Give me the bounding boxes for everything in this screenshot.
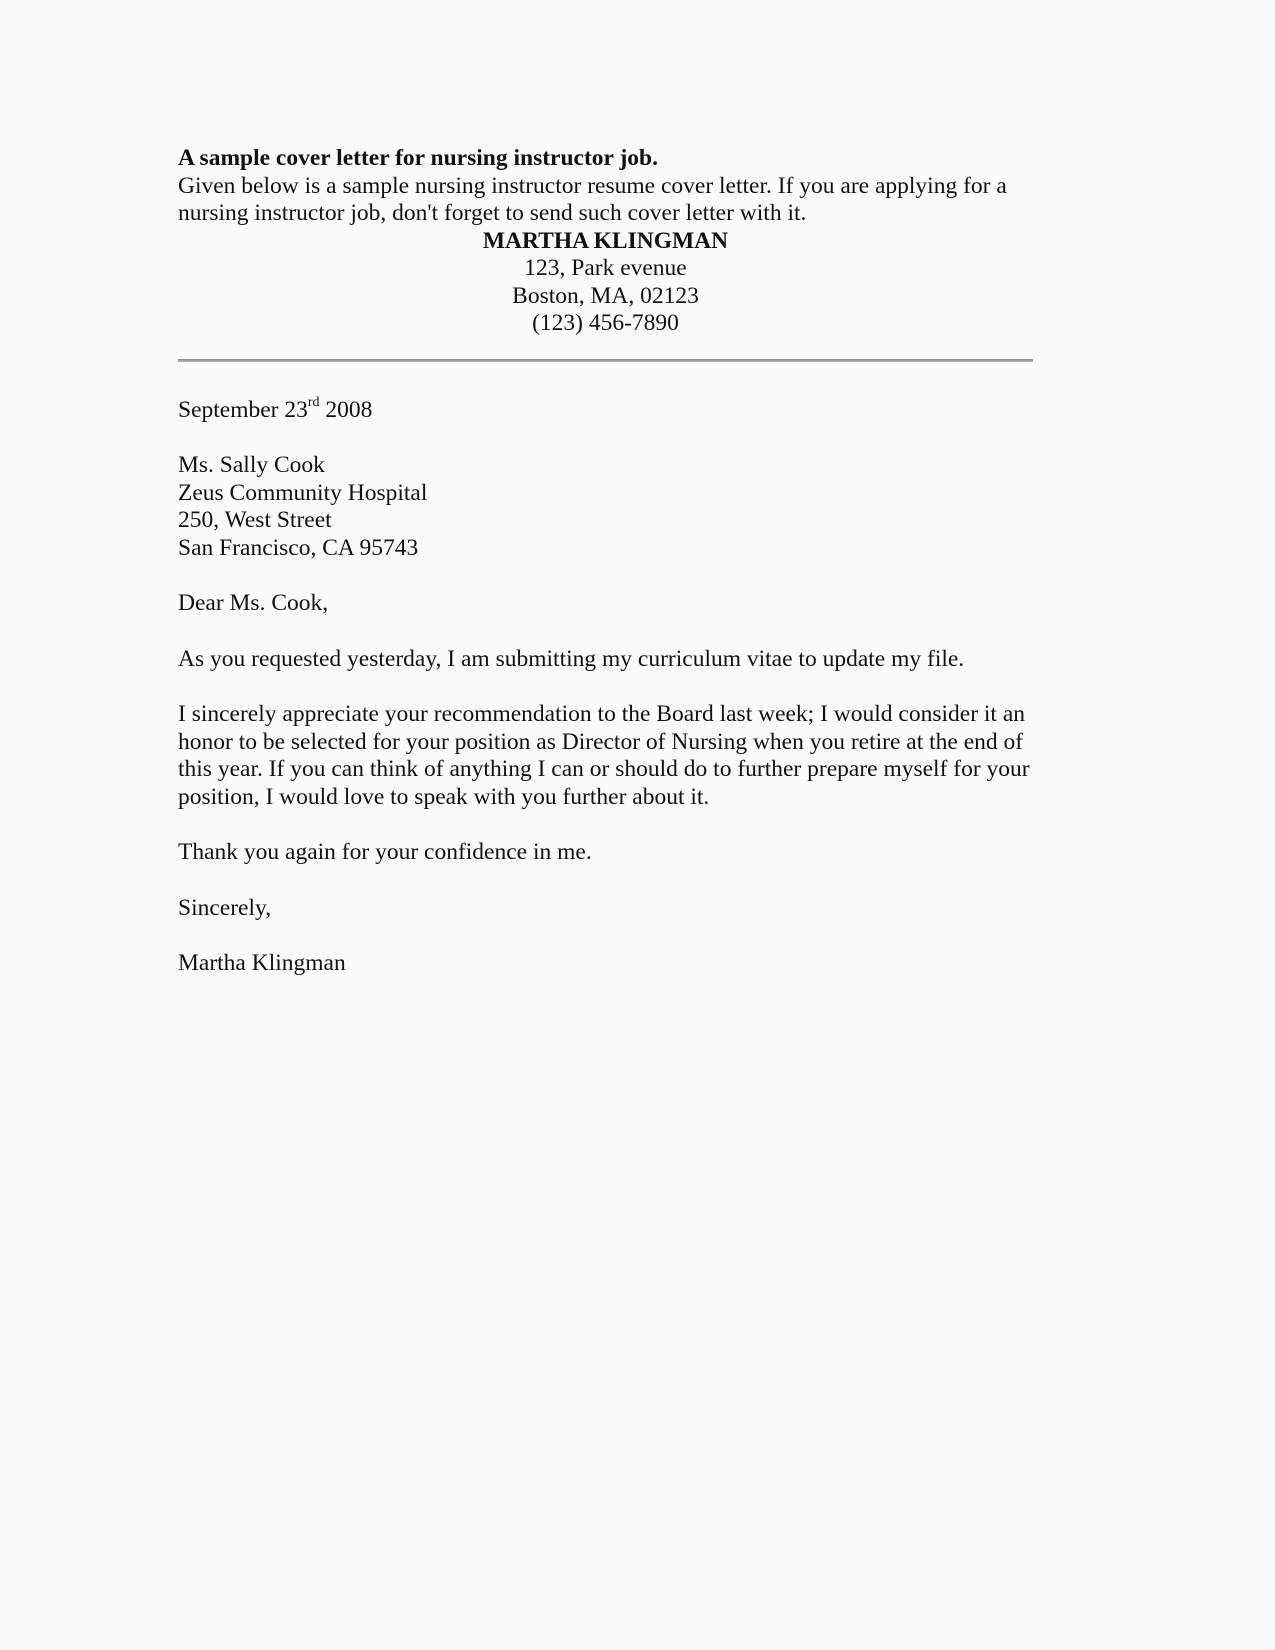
recipient-street: 250, West Street — [178, 507, 1038, 535]
sender-phone: (123) 456-7890 — [178, 310, 1033, 338]
horizontal-divider — [178, 359, 1033, 362]
closing: Sincerely, — [178, 895, 1038, 923]
body-paragraph-2: I sincerely appreciate your recommendati… — [178, 701, 1038, 811]
recipient-city: San Francisco, CA 95743 — [178, 535, 1038, 563]
document-page: A sample cover letter for nursing instru… — [178, 145, 1038, 978]
sender-letterhead: MARTHA KLINGMAN 123, Park evenue Boston,… — [178, 228, 1033, 338]
document-title: A sample cover letter for nursing instru… — [178, 145, 1038, 173]
signature: Martha Klingman — [178, 950, 1038, 978]
body-paragraph-3: Thank you again for your confidence in m… — [178, 839, 1038, 867]
letter-date: September 23rd 2008 — [178, 397, 1038, 425]
date-month-day: September 23 — [178, 397, 308, 423]
recipient-name: Ms. Sally Cook — [178, 452, 1038, 480]
sender-address-line2: Boston, MA, 02123 — [178, 283, 1033, 311]
intro-description: Given below is a sample nursing instruct… — [178, 173, 1038, 228]
recipient-address: Ms. Sally Cook Zeus Community Hospital 2… — [178, 452, 1038, 562]
recipient-organization: Zeus Community Hospital — [178, 480, 1038, 508]
body-paragraph-1: As you requested yesterday, I am submitt… — [178, 646, 1038, 674]
sender-address-line1: 123, Park evenue — [178, 255, 1033, 283]
date-ordinal-suffix: rd — [308, 395, 320, 410]
sender-name: MARTHA KLINGMAN — [178, 228, 1033, 256]
salutation: Dear Ms. Cook, — [178, 590, 1038, 618]
date-year: 2008 — [320, 397, 373, 423]
